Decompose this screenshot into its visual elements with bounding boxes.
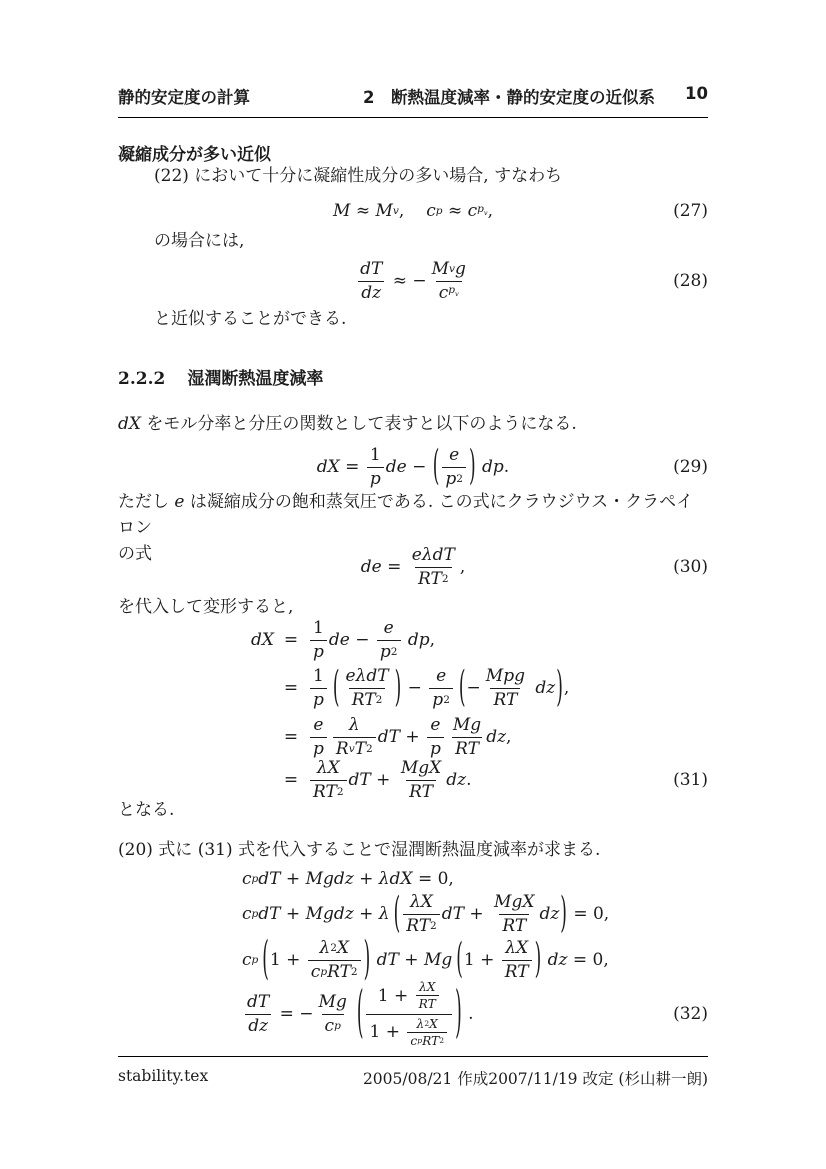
header-page-number: 10 [685,84,708,108]
page-header: 静的安定度の計算 2 断熱温度減率・静的安定度の近似系 10 [118,84,708,118]
section-heading: 2.2.2 湿潤断熱温度減率 [118,364,708,389]
equation-31-row-4: = λXRT2dT + MgXRTdz. (31) [242,760,708,800]
equation-31-align-block: dX = 1pde − ep2 dp, = 1p(eλdTRT2) − ep2(… [118,618,708,800]
header-section-ref: 2 断熱温度減率・静的安定度の近似系 [363,84,655,108]
equation-30: de = eλdTRT2, (30) [118,542,708,592]
header-doc-title: 静的安定度の計算 [118,84,250,108]
equation-29-body: dX = 1pde − (ep2) dp. [170,444,656,489]
equation-31-row-1: dX = 1pde − ep2 dp, [242,618,708,662]
equation-27: M ≈ Mv,cp ≈ cpv, (27) [118,194,708,228]
paragraph-5-lead: ただし [118,492,174,512]
eq31-rhs-2: 1p(eλdTRT2) − ep2(−MpgRT dz), [308,665,569,710]
eq31-rel-2: = [274,678,308,698]
paragraph-5-text: は凝縮成分の飽和蒸気圧である. この式にクラウジウス・クラペイロン [118,492,693,538]
paragraph-4-text: をモル分率と分圧の関数として表すと以下のようになる. [141,414,577,434]
equation-32-number: (32) [673,1004,708,1024]
equation-32-block: cpdT + Mgdz + λdX = 0, cpdT + Mgdz + λ(λ… [118,866,708,1044]
eq32-line-1: cpdT + Mgdz + λdX = 0, [242,866,708,892]
equation-27-body: M ≈ Mv,cp ≈ cpv, [170,201,656,221]
inline-math-dX: dX [118,414,141,434]
paragraph-8: (20) 式に (31) 式を代入することで湿潤断熱温度減率が求まる. [118,837,708,863]
equation-29: dX = 1pde − (ep2) dp. (29) [118,442,708,492]
header-right-group: 2 断熱温度減率・静的安定度の近似系 10 [363,84,708,108]
equation-28-body: dTdz ≈ −Mvgcpv [170,258,656,303]
footer-revision: 2005/08/21 作成2007/11/19 改定 (杉山耕一朗) [363,1067,708,1089]
eq31-rel-4: = [274,770,308,790]
equation-28: dTdz ≈ −Mvgcpv (28) [118,252,708,310]
eq31-rhs-3: epλRvT2dT + epMgRTdz, [308,714,511,759]
eq31-rel-3: = [274,727,308,747]
inline-math-e: e [174,492,184,512]
paragraph-6: を代入して変形すると, [118,594,708,620]
equation-27-number: (27) [656,201,708,221]
paragraph-3: と近似することができる. [118,306,708,332]
equation-31-row-2: = 1p(eλdTRT2) − ep2(−MpgRT dz), [242,662,708,714]
equation-30-body: de = eλdTRT2, [170,544,656,589]
eq32-line-2: cpdT + Mgdz + λ(λXRT2dT + MgXRTdz) = 0, [242,892,708,936]
subheading-condensible-approx: 凝縮成分が多い近似 [118,140,708,165]
paragraph-2: の場合には, [118,228,708,254]
eq31-rhs-1: 1pde − ep2 dp, [308,617,435,662]
footer-filename: stability.tex [118,1067,208,1089]
paragraph-1: (22) において十分に凝縮性成分の多い場合, すなわち [118,163,708,189]
section-title: 湿潤断熱温度減率 [187,364,323,389]
equation-31-row-3: = epλRvT2dT + epMgRTdz, [242,714,708,760]
paragraph-7: となる. [118,797,708,823]
eq31-rel-1: = [274,630,308,650]
paragraph-4: dX をモル分率と分圧の関数として表すと以下のようになる. [118,411,708,437]
equation-28-number: (28) [656,271,708,291]
eq31-rhs-4: λXRT2dT + MgXRTdz. [308,757,472,802]
page-footer: stability.tex 2005/08/21 作成2007/11/19 改定… [118,1056,708,1089]
eq32-line-4-body: dTdz = −Mgcp(1 + λXRT1 + λ2XcpRT2) . [242,978,474,1051]
document-page: { "header": { "doc_title": "静的安定度の計算", "… [0,0,826,1169]
equation-30-number: (30) [656,557,708,577]
eq32-line-4: dTdz = −Mgcp(1 + λXRT1 + λ2XcpRT2) . (32… [242,984,708,1044]
section-number: 2.2.2 [118,369,165,389]
equation-31-number: (31) [673,770,708,790]
eq31-lhs: dX [242,630,274,650]
equation-29-number: (29) [656,457,708,477]
